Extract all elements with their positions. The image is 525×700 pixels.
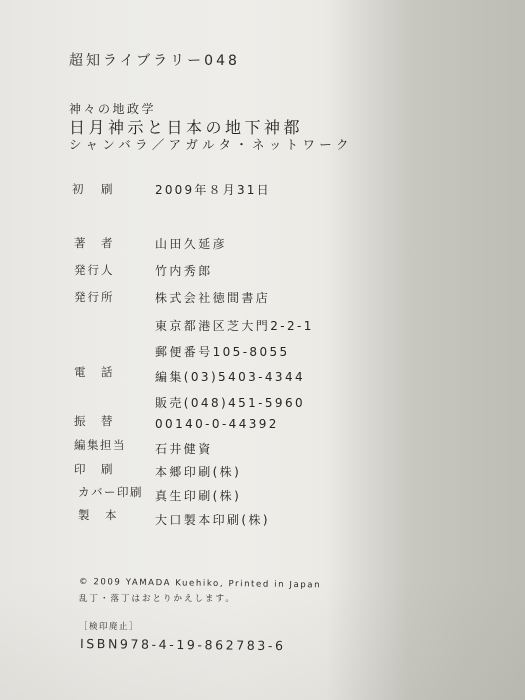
editor-name: 石井健資 (155, 440, 213, 457)
colophon-page: 超知ライブラリー048 神々の地政学 日月神示と日本の地下神都 シャンバラ／アガ… (0, 0, 525, 700)
telephone-label: 電 話 (74, 364, 115, 380)
publishing-house-address: 東京都港区芝大門2-2-1 (155, 317, 314, 334)
binding-company: 大口製本印刷(株) (155, 511, 270, 528)
author-label: 著 者 (74, 235, 115, 251)
cover-printing-label: カバー印刷 (78, 484, 143, 500)
seal-omitted-note: ［検印廃止］ (79, 620, 139, 632)
postal-transfer-number: 00140-0-44392 (155, 417, 279, 431)
binding-label: 製 本 (78, 507, 119, 523)
telephone-editorial: 編集(03)5403-4344 (155, 368, 305, 385)
printing-label: 印 刷 (74, 461, 115, 477)
publisher-person-label: 発行人 (74, 262, 115, 278)
first-printing-label: 初 刷 (72, 181, 116, 197)
book-subtitle: シャンバラ／アガルタ・ネットワーク (69, 135, 353, 153)
cover-printing-company: 真生印刷(株) (155, 487, 241, 504)
telephone-sales: 販売(048)451-5960 (155, 394, 305, 411)
postal-transfer-label: 振 替 (74, 413, 115, 429)
publishing-house-label: 発行所 (74, 289, 115, 305)
isbn: ISBN978-4-19-862783-6 (80, 636, 286, 653)
copyright-line: © 2009 YAMADA Kuehiko, Printed in Japan (79, 577, 321, 590)
publishing-house-name: 株式会社徳間書店 (155, 289, 270, 306)
first-printing-date: 2009年８月31日 (155, 181, 271, 198)
publishing-house-postal-code: 郵便番号105-8055 (155, 343, 290, 360)
printing-company: 本郷印刷(株) (155, 463, 241, 480)
replacement-note: 乱丁・落丁はおとりかえします。 (79, 592, 236, 604)
publisher-person-name: 竹内秀郎 (155, 262, 213, 279)
editor-label: 編集担当 (74, 437, 126, 453)
series-label: 超知ライブラリー048 (69, 50, 240, 70)
author-name: 山田久延彦 (155, 235, 227, 252)
